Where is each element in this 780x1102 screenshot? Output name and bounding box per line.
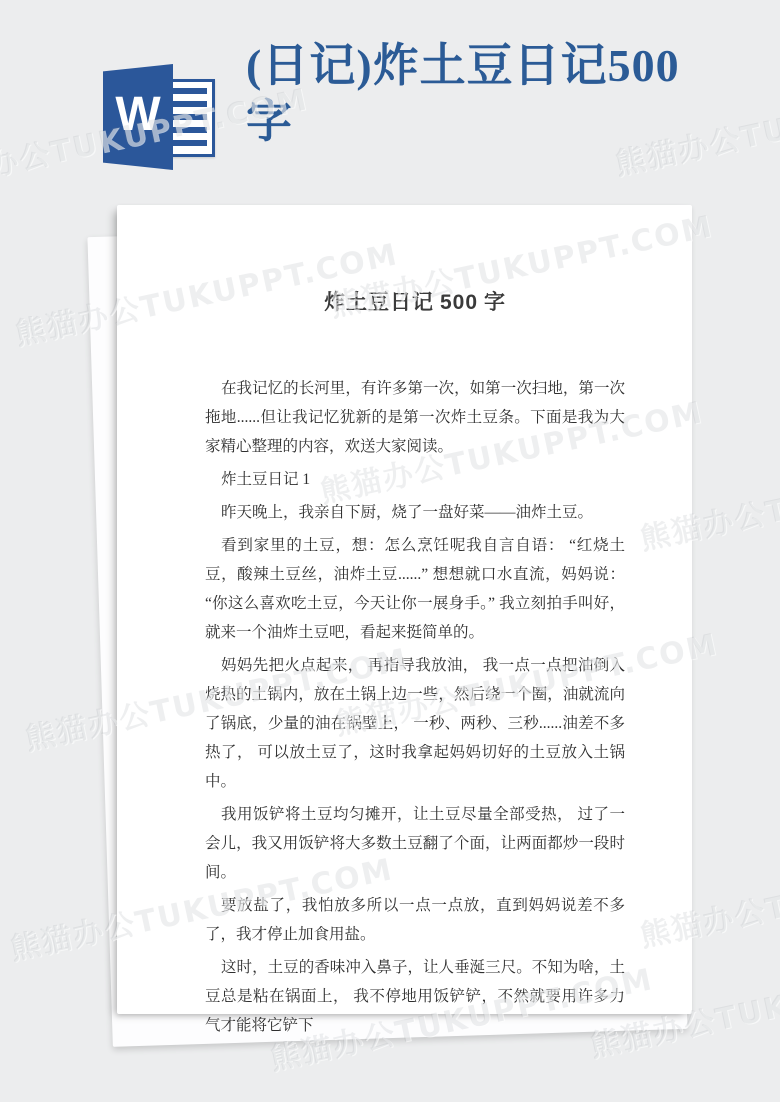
document-paragraph: 要放盐了，我怕放多所以一点一点放，直到妈妈说差不多了，我才停止加食用盐。 [205,891,625,949]
document-paragraph: 看到家里的土豆，想：怎么烹饪呢我自言自语： “红烧土豆，酸辣土豆丝，油炸土豆..… [205,531,625,647]
document-paragraph: 妈妈先把火点起来， 再指导我放油， 我一点一点把油倒入烧热的土锅内，放在土锅上边… [205,651,625,796]
document-title-number: 500 [440,291,478,314]
document-paragraph: 这时，土豆的香味冲入鼻子，让人垂涎三尺。不知为啥，土豆总是粘在锅面上， 我不停地… [205,953,625,1040]
word-icon-letter: W [115,91,160,139]
document-paragraph: 炸土豆日记 1 [205,465,625,494]
document-title: 炸土豆日记500字 [205,287,625,318]
document-title-prefix: 炸土豆日记 [324,290,434,314]
word-logo-icon: W [103,64,215,170]
document-page: 炸土豆日记500字 在我记忆的长河里，有许多第一次，如第一次扫地，第一次拖地..… [117,205,692,1014]
document-paragraph: 在我记忆的长河里，有许多第一次，如第一次扫地，第一次拖地......但让我记忆犹… [205,374,625,461]
document-paragraph: 我用饭铲将土豆均匀摊开，让土豆尽量全部受热， 过了一会儿，我又用饭铲将大多数土豆… [205,800,625,887]
document-preview-page: W (日记)炸土豆日记500字 炸土豆日记500字 在我记忆的长河里，有许多第一… [0,0,780,1102]
header-title: (日记)炸土豆日记500字 [246,38,686,150]
document-body: 在我记忆的长河里，有许多第一次，如第一次扫地，第一次拖地......但让我记忆犹… [205,374,625,1040]
document-paragraph: 昨天晚上，我亲自下厨，烧了一盘好菜——油炸土豆。 [205,498,625,527]
word-flag: W [103,64,173,170]
word-doc-lines [171,88,207,148]
document-title-suffix: 字 [484,290,506,314]
